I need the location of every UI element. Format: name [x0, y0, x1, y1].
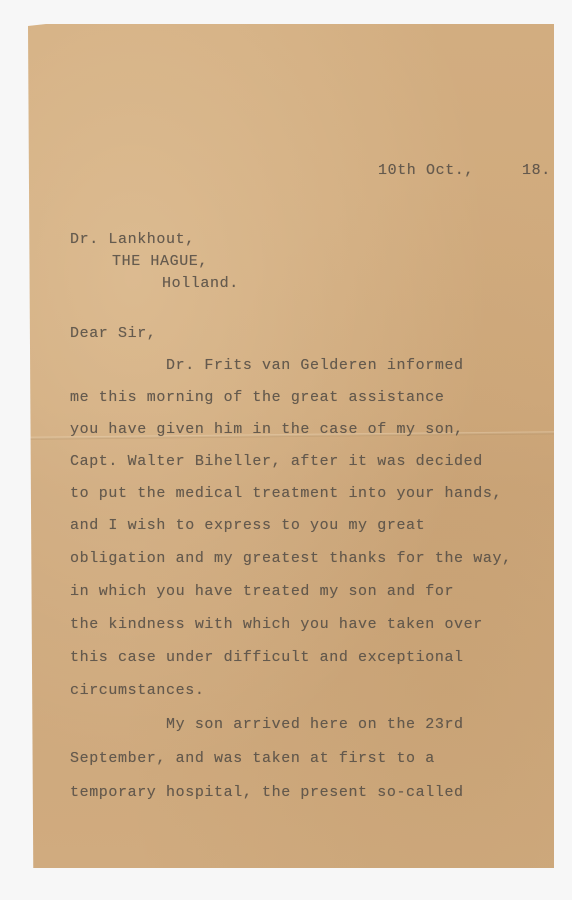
salutation: Dear Sir,: [70, 325, 156, 342]
body-line: and I wish to express to you my great: [70, 517, 425, 534]
body-line: obligation and my greatest thanks for th…: [70, 550, 512, 567]
body-line: in which you have treated my son and for: [70, 583, 454, 600]
letter-date: 10th Oct., 18.: [378, 162, 551, 179]
body-line: September, and was taken at first to a: [70, 750, 435, 767]
body-line: circumstances.: [70, 682, 204, 699]
recipient-country: Holland.: [162, 275, 239, 292]
body-line: to put the medical treatment into your h…: [70, 485, 502, 502]
body-line: the kindness with which you have taken o…: [70, 616, 483, 633]
body-line: me this morning of the great assistance: [70, 389, 444, 406]
recipient-name: Dr. Lankhout,: [70, 231, 195, 248]
body-line: this case under difficult and exceptiona…: [70, 649, 464, 666]
body-line: temporary hospital, the present so-calle…: [70, 784, 464, 801]
body-line: Dr. Frits van Gelderen informed: [70, 357, 464, 374]
body-line: My son arrived here on the 23rd: [70, 716, 464, 733]
letter-paper: 10th Oct., 18. Dr. Lankhout, THE HAGUE, …: [28, 24, 554, 868]
body-line: Capt. Walter Biheller, after it was deci…: [70, 453, 483, 470]
body-line: you have given him in the case of my son…: [70, 421, 464, 438]
recipient-city: THE HAGUE,: [112, 253, 208, 270]
